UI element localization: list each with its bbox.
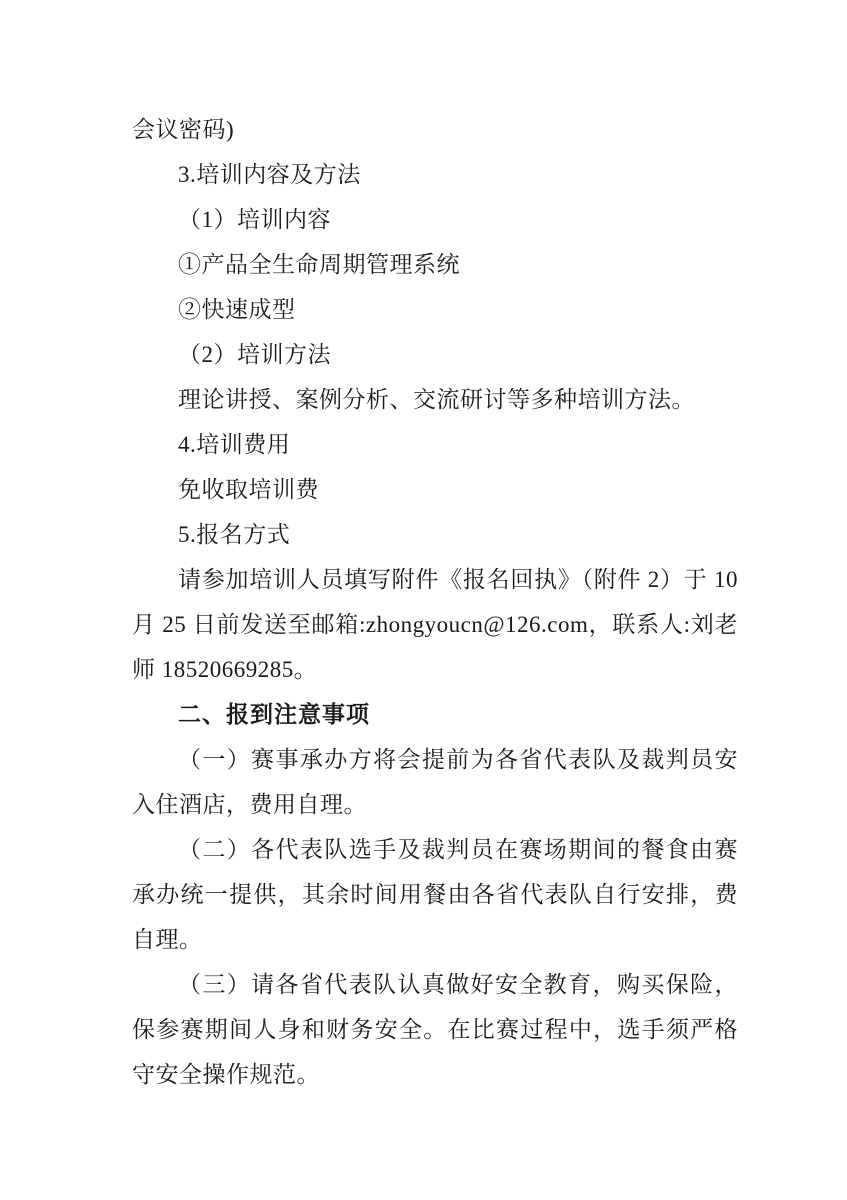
text-line: ①产品全生命周期管理系统 bbox=[132, 242, 738, 287]
text-line: （三）请各省代表队认真做好安全教育，购买保险，确 bbox=[132, 962, 738, 1007]
text-line: 月 25 日前发送至邮箱:zhongyoucn@126.com，联系人:刘老 bbox=[132, 602, 738, 647]
text-line: 保参赛期间人身和财务安全。在比赛过程中，选手须严格遵 bbox=[132, 1007, 738, 1052]
document-body: 会议密码)3.培训内容及方法（1）培训内容①产品全生命周期管理系统②快速成型（2… bbox=[132, 107, 738, 1097]
text-line: （一）赛事承办方将会提前为各省代表队及裁判员安排 bbox=[132, 737, 738, 782]
text-line: 请参加培训人员填写附件《报名回执》（附件 2）于 10 bbox=[132, 557, 738, 602]
text-line: 入住酒店，费用自理。 bbox=[132, 782, 738, 827]
text-line: （1）培训内容 bbox=[132, 197, 738, 242]
text-line: 4.培训费用 bbox=[132, 422, 738, 467]
text-line: 5.报名方式 bbox=[132, 512, 738, 557]
text-line: （2）培训方法 bbox=[132, 332, 738, 377]
text-line: ②快速成型 bbox=[132, 287, 738, 332]
section-heading: 二、报到注意事项 bbox=[132, 692, 738, 737]
text-line: 3.培训内容及方法 bbox=[132, 152, 738, 197]
text-line: 免收取培训费 bbox=[132, 467, 738, 512]
text-line: 师 18520669285。 bbox=[132, 647, 738, 692]
text-line: 理论讲授、案例分析、交流研讨等多种培训方法。 bbox=[132, 377, 738, 422]
text-line: 承办统一提供，其余时间用餐由各省代表队自行安排，费用 bbox=[132, 872, 738, 917]
text-line: （二）各代表队选手及裁判员在赛场期间的餐食由赛事 bbox=[132, 827, 738, 872]
document-page: 会议密码)3.培训内容及方法（1）培训内容①产品全生命周期管理系统②快速成型（2… bbox=[0, 0, 847, 1200]
text-line: 会议密码) bbox=[132, 107, 738, 152]
text-line: 守安全操作规范。 bbox=[132, 1052, 738, 1097]
text-line: 自理。 bbox=[132, 917, 738, 962]
